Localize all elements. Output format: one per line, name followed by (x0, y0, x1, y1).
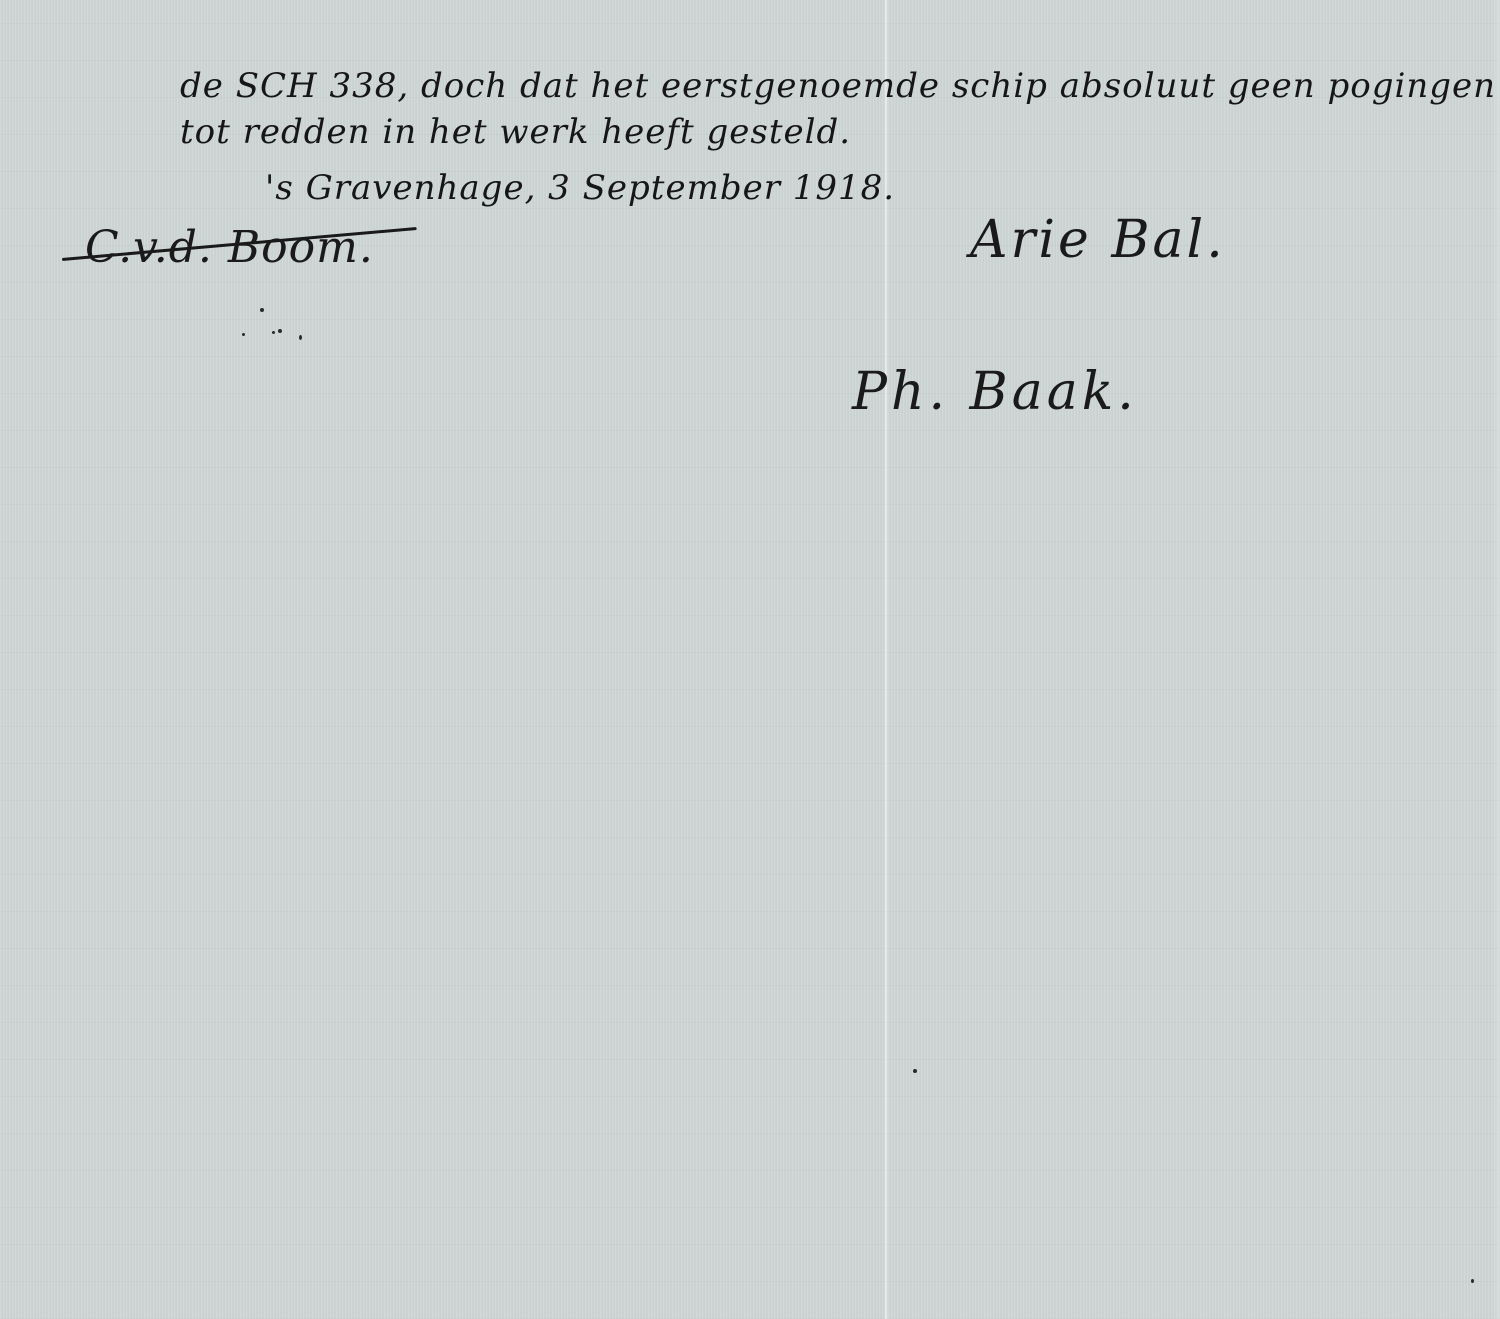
body-line-1: de SCH 338, doch dat het eerstgenoemde s… (180, 66, 1496, 106)
ink-speck (913, 1069, 917, 1073)
ink-speck (260, 308, 264, 312)
letter-page: de SCH 338, doch dat het eerstgenoemde s… (0, 0, 1500, 1319)
ink-speck (278, 329, 282, 333)
signature-boom: C.v.d. Boom. (85, 222, 374, 273)
page-edge (1492, 0, 1500, 1319)
body-line-2: tot redden in het werk heeft gesteld. (180, 112, 851, 152)
ink-speck (242, 333, 245, 336)
ink-speck (272, 331, 275, 334)
place-date: 's Gravenhage, 3 September 1918. (265, 168, 895, 208)
ink-speck (1471, 1279, 1474, 1283)
signature-baak: Ph. Baak. (852, 362, 1138, 422)
ink-speck (299, 335, 302, 340)
signature-bal: Arie Bal. (970, 210, 1226, 270)
